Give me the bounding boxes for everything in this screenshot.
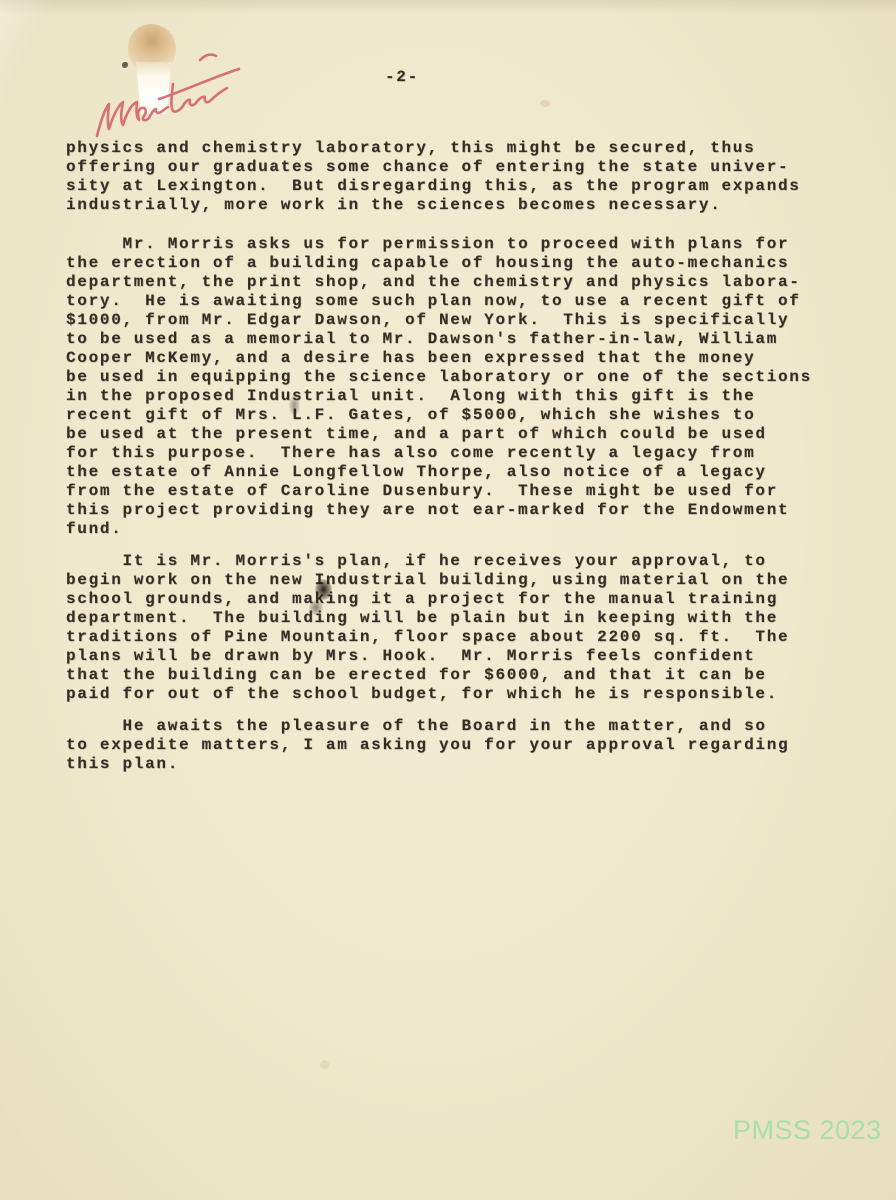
paper-age-mark [540,100,550,107]
ink-blot [309,600,323,615]
ink-smudge [289,395,300,416]
paragraph-morris-building-request: Mr. Morris asks us for permission to pro… [66,235,866,539]
paragraph-morris-plan-details: It is Mr. Morris's plan, if he receives … [66,552,866,704]
paper-age-mark [320,1060,329,1069]
letter-body: physics and chemistry laboratory, this m… [66,139,866,787]
paragraph-awaits-board-approval: He awaits the pleasure of the Board in t… [66,717,866,774]
handwritten-annotation-martin [93,50,253,145]
scanned-letter-page: -2- physics and chemistry laboratory, th… [0,0,896,1200]
paragraph-sciences-necessary: physics and chemistry laboratory, this m… [66,139,866,215]
ink-blot [315,579,332,600]
page-number: -2- [385,68,419,87]
archive-watermark: PMSS 2023 [733,1115,882,1146]
